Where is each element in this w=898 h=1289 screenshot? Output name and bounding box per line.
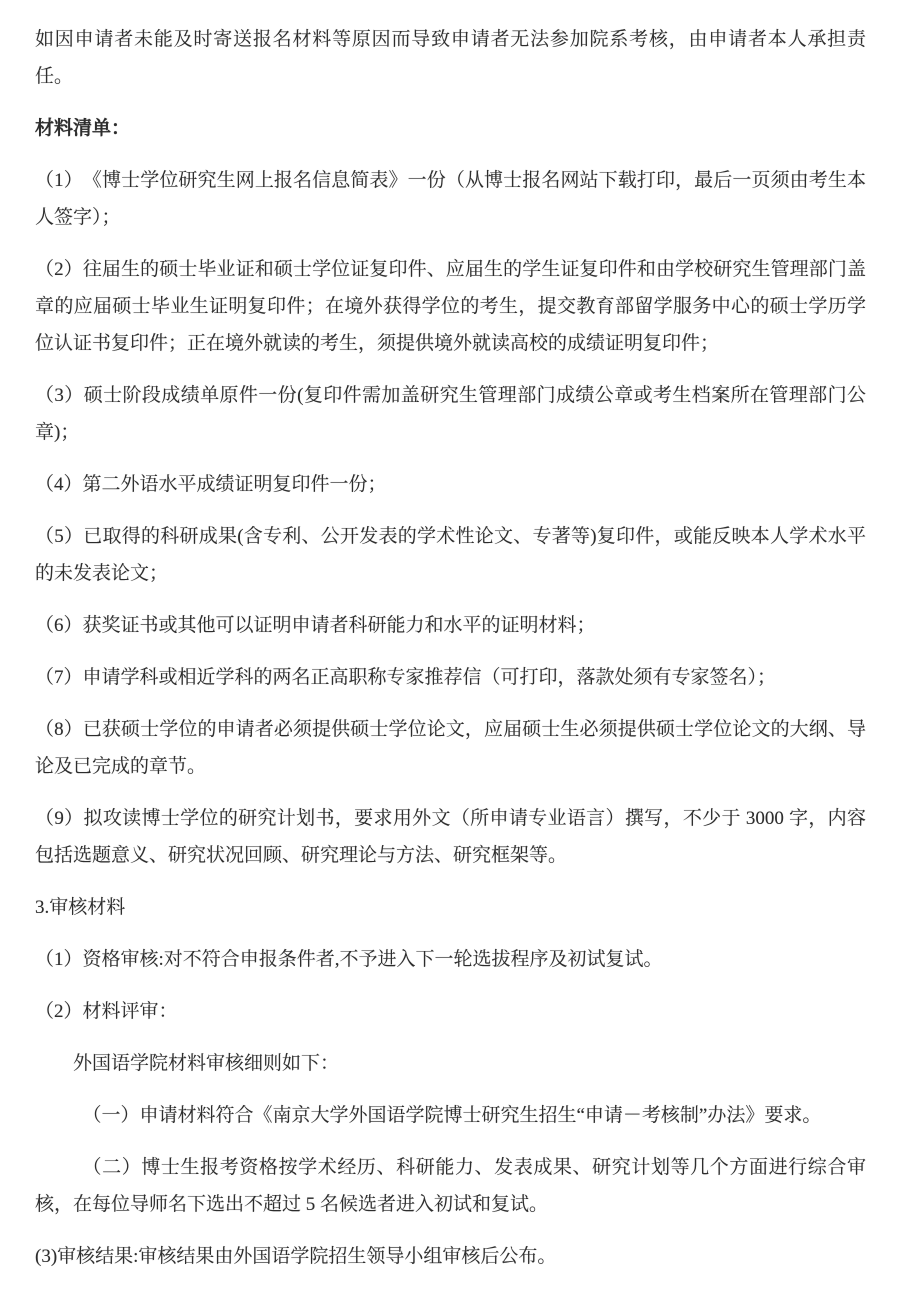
section3-heading: 3.审核材料 bbox=[35, 889, 866, 926]
intro-paragraph: 如因申请者未能及时寄送报名材料等原因而导致申请者无法参加院系考核，由申请者本人承… bbox=[35, 21, 866, 95]
material-item-8: （8）已获硕士学位的申请者必须提供硕士学位论文，应届硕士生必须提供硕士学位论文的… bbox=[35, 711, 866, 785]
section3-item-1: （1）资格审核:对不符合申报条件者,不予进入下一轮选拔程序及初试复试。 bbox=[35, 941, 866, 978]
section3-detail-intro: 外国语学院材料审核细则如下： bbox=[35, 1045, 866, 1082]
material-item-4: （4）第二外语水平成绩证明复印件一份； bbox=[35, 466, 866, 503]
section3-item-2: （2）材料评审： bbox=[35, 993, 866, 1030]
material-item-9: （9）拟攻读博士学位的研究计划书，要求用外文（所申请专业语言）撰写，不少于 30… bbox=[35, 800, 866, 874]
material-item-3: （3）硕士阶段成绩单原件一份(复印件需加盖研究生管理部门成绩公章或考生档案所在管… bbox=[35, 377, 866, 451]
section3-detail-rule-1: （一）申请材料符合《南京大学外国语学院博士研究生招生“申请－考核制”办法》要求。 bbox=[35, 1097, 866, 1134]
section3-detail-rule-2: （二）博士生报考资格按学术经历、科研能力、发表成果、研究计划等几个方面进行综合审… bbox=[35, 1149, 866, 1223]
material-item-6: （6）获奖证书或其他可以证明申请者科研能力和水平的证明材料； bbox=[35, 607, 866, 644]
material-item-7: （7）申请学科或相近学科的两名正高职称专家推荐信（可打印，落款处须有专家签名）； bbox=[35, 659, 866, 696]
section3-item-3: (3)审核结果:审核结果由外国语学院招生领导小组审核后公布。 bbox=[35, 1238, 866, 1275]
materials-list-heading: 材料清单： bbox=[35, 110, 866, 147]
document-page: 如因申请者未能及时寄送报名材料等原因而导致申请者无法参加院系考核，由申请者本人承… bbox=[0, 0, 898, 1289]
material-item-1: （1） 《博士学位研究生网上报名信息简表》一份（从博士报名网站下载打印，最后一页… bbox=[35, 162, 866, 236]
material-item-5: （5）已取得的科研成果(含专利、公开发表的学术性论文、专著等)复印件，或能反映本… bbox=[35, 518, 866, 592]
material-item-2: （2）往届生的硕士毕业证和硕士学位证复印件、应届生的学生证复印件和由学校研究生管… bbox=[35, 251, 866, 362]
